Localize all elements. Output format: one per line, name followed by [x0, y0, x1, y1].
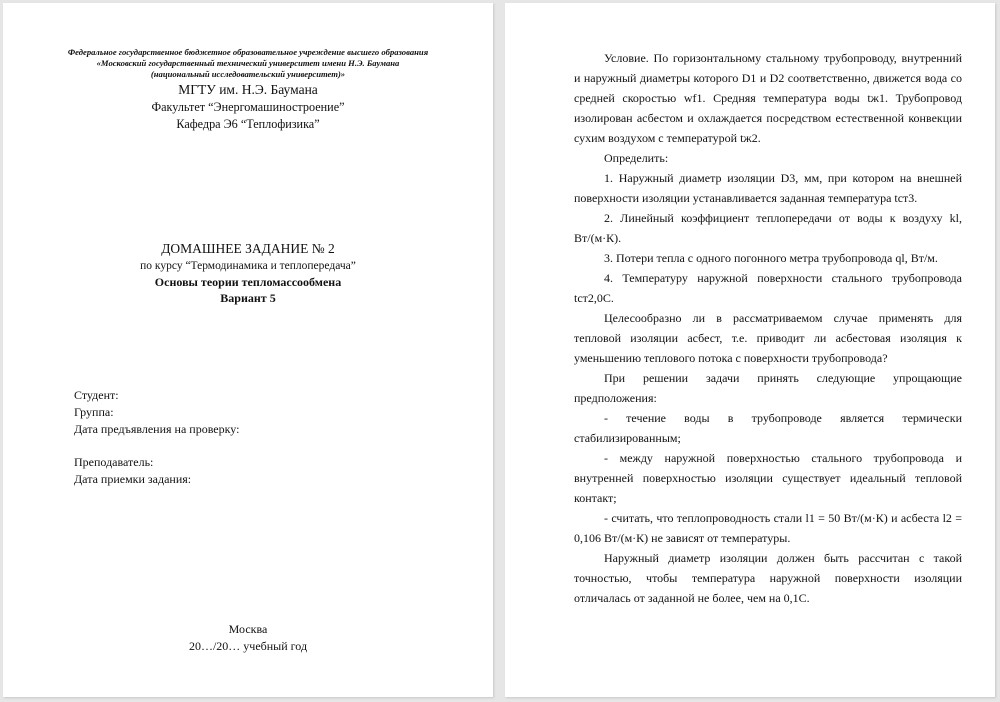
- university-name: МГТУ им. Н.Э. Баумана: [3, 82, 493, 98]
- document-page-1: Федеральное государственное бюджетное об…: [3, 3, 493, 697]
- faculty-block: Факультет “Энергомашиностроение” Кафедра…: [3, 99, 493, 133]
- submit-date-field: Дата предъявления на проверку:: [74, 421, 239, 438]
- department-name: Кафедра Э6 “Теплофизика”: [3, 116, 493, 133]
- institution-line: (национальный исследовательский универси…: [3, 69, 493, 80]
- paragraph-question: Целесообразно ли в рассматриваемом случа…: [574, 308, 962, 368]
- info-fields: Студент: Группа: Дата предъявления на пр…: [74, 387, 239, 488]
- student-field: Студент:: [74, 387, 239, 404]
- variant-label: Вариант 5: [3, 290, 493, 306]
- paragraph-assumption-2: - между наружной поверхностью стального …: [574, 448, 962, 508]
- paragraph-accuracy: Наружный диаметр изоляции должен быть ра…: [574, 548, 962, 608]
- institution-line: «Московский государственный технический …: [3, 58, 493, 69]
- paragraph-condition: Условие. По горизонтальному стальному тр…: [574, 48, 962, 148]
- footer-block: Москва 20…/20… учебный год: [3, 621, 493, 655]
- teacher-field: Преподаватель:: [74, 454, 239, 471]
- assignment-title-block: ДОМАШНЕЕ ЗАДАНИЕ № 2 по курсу “Термодина…: [3, 240, 493, 306]
- paragraph-assumption-3: - считать, что теплопроводность стали l1…: [574, 508, 962, 548]
- group-field: Группа:: [74, 404, 239, 421]
- institution-line: Федеральное государственное бюджетное об…: [3, 47, 493, 58]
- paragraph-assumptions: При решении задачи принять следующие упр…: [574, 368, 962, 408]
- document-page-2: Условие. По горизонтальному стальному тр…: [505, 3, 995, 697]
- course-name: по курсу “Термодинамика и теплопередача”: [3, 258, 493, 274]
- paragraph-item-3: 3. Потери тепла с одного погонного метра…: [574, 248, 962, 268]
- paragraph-item-4: 4. Температуру наружной поверхности стал…: [574, 268, 962, 308]
- paragraph-assumption-1: - течение воды в трубопроводе является т…: [574, 408, 962, 448]
- paragraph-determine: Определить:: [574, 148, 962, 168]
- city-name: Москва: [3, 621, 493, 638]
- topic-name: Основы теории тепломассообмена: [3, 274, 493, 290]
- paragraph-item-2: 2. Линейный коэффициент теплопередачи от…: [574, 208, 962, 248]
- problem-statement: Условие. По горизонтальному стальному тр…: [574, 48, 962, 608]
- paragraph-item-1: 1. Наружный диаметр изоляции D3, мм, при…: [574, 168, 962, 208]
- faculty-name: Факультет “Энергомашиностроение”: [3, 99, 493, 116]
- academic-year: 20…/20… учебный год: [3, 638, 493, 655]
- institution-header: Федеральное государственное бюджетное об…: [3, 47, 493, 80]
- assignment-title: ДОМАШНЕЕ ЗАДАНИЕ № 2: [3, 240, 493, 258]
- accept-date-field: Дата приемки задания:: [74, 471, 239, 488]
